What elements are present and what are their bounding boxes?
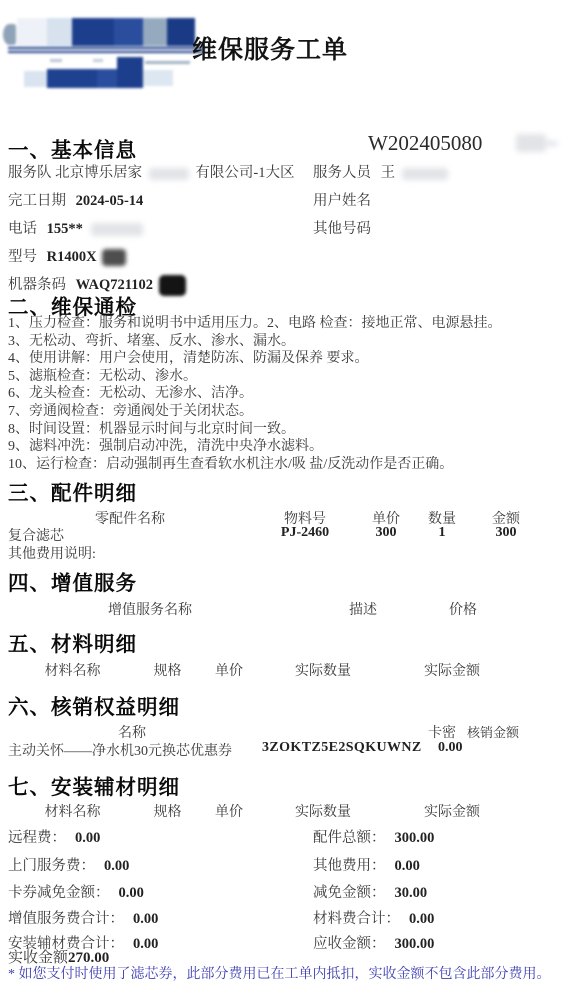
- field-completion-date: 完工日期 2024-05-14: [8, 189, 143, 210]
- section-heading-materials: 五、材料明细: [8, 627, 137, 657]
- redaction-blur: [102, 249, 126, 266]
- inspection-item: 8、时间设置：机器显示时间与北京时间一致。: [8, 421, 568, 439]
- redaction-blur: [159, 275, 186, 296]
- inspection-item: 6、龙头检查：无松动、无渗水、洁净。: [8, 385, 568, 403]
- section-heading-rights: 六、核销权益明细: [8, 690, 180, 720]
- fee-row: 上门服务费：0.00 其他费用：0.00: [0, 854, 570, 874]
- field-user-name: 用户姓名: [313, 189, 371, 210]
- filter-coupon-footnote: * 如您支付时使用了滤芯券，此部分费用已在工单内抵扣，实收金额不包含此部分费用。: [8, 963, 568, 983]
- redaction-blur: [545, 141, 558, 146]
- parts-table-row: 复合滤芯 PJ-2460 300 1 300: [0, 525, 570, 545]
- inspection-item: 9、滤料冲洗：强制启动冲洗，清洗中央净水滤料。: [8, 438, 568, 456]
- vas-table-header: 增值服务名称 描述 价格: [0, 599, 570, 619]
- work-order-document: 维保服务工单 一、基本信息 W202405080 服务队 北京博乐居家 有限公司…: [0, 0, 570, 994]
- field-other-number: 其他号码: [313, 217, 371, 238]
- page-title: 维保服务工单: [192, 30, 348, 66]
- inspection-item: 5、滤瓶检查：无松动、渗水。: [8, 368, 568, 386]
- brand-logo-redacted-icon: [0, 0, 220, 100]
- materials-table-header: 材料名称 规格 单价 实际数量 实际金额: [0, 660, 570, 680]
- inspection-list: 1、压力检查：服务和说明书中适用压力。2、电路 检查：接地正常、电源悬挂。 3、…: [8, 315, 568, 473]
- inspection-item: 7、旁通阀检查：旁通阀处于关闭状态。: [8, 403, 568, 421]
- work-order-number: W202405080: [368, 131, 482, 156]
- redaction-blur: [91, 223, 143, 236]
- aux-table-header: 材料名称 规格 单价 实际数量 实际金额: [0, 801, 570, 821]
- fee-row: 增值服务费合计：0.00 材料费合计：0.00: [0, 907, 570, 927]
- section-heading-basic-info: 一、基本信息: [8, 133, 137, 163]
- inspection-item: 4、使用讲解：用户会使用，清楚防冻、防漏及保养 要求。: [8, 350, 568, 368]
- fee-row: 卡券减免金额：0.00 减免金额：30.00: [0, 881, 570, 901]
- inspection-item: 3、无松动、弯折、堵塞、反水、渗水、漏水。: [8, 333, 568, 351]
- redaction-blur: [516, 134, 546, 152]
- redaction-blur: [149, 168, 189, 180]
- other-fee-note: 其他费用说明:: [8, 543, 96, 563]
- field-model: 型号 R1400X: [8, 245, 126, 266]
- field-service-person: 服务人员 王: [313, 161, 448, 182]
- redaction-blur: [402, 168, 448, 180]
- inspection-item: 10、运行检查：启动强制再生查看软水机注水/吸 盐/反洗动作是否正确。: [8, 456, 568, 474]
- section-heading-aux-materials: 七、安装辅材明细: [8, 770, 180, 800]
- field-phone: 电话 155**: [8, 217, 143, 238]
- field-service-team: 服务队 北京博乐居家 有限公司-1大区: [8, 161, 294, 182]
- section-heading-vas: 四、增值服务: [8, 566, 137, 596]
- fee-row: 远程费：0.00 配件总额：300.00: [0, 826, 570, 846]
- inspection-item: 1、压力检查：服务和说明书中适用压力。2、电路 检查：接地正常、电源悬挂。: [8, 315, 568, 333]
- section-heading-parts: 三、配件明细: [8, 476, 137, 506]
